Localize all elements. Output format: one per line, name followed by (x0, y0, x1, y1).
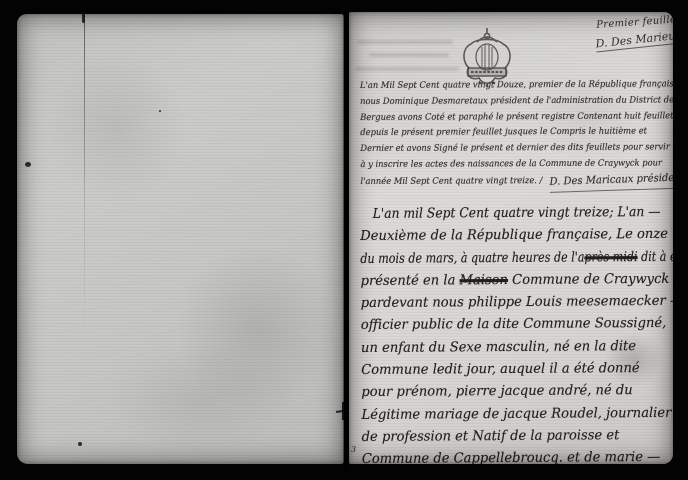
manuscript-line: Dernier et avons Signé le présent et der… (360, 141, 662, 158)
manuscript-line: pour prénom, pierre jacque andré, né du (361, 379, 664, 403)
line-text-pre: du mois de mars, à quatre heures de l'a (360, 249, 584, 267)
president-signature: D. Des Maricaux président (550, 170, 673, 192)
ink-speck (78, 442, 82, 446)
right-manuscript-page: Premier feuillet D. Des Marieux L'an Mil… (349, 12, 673, 464)
ink-speck (25, 162, 31, 167)
stain (177, 244, 337, 414)
manuscript-line-text: L'an mil Sept Cent quatre vingt treize; … (373, 201, 661, 225)
manuscript-line: Légitime mariage de jacque Roudel, journ… (361, 402, 664, 426)
stain (47, 54, 187, 204)
manuscript-line: L'an Mil Sept Cent quatre vingt Douze, p… (360, 77, 662, 94)
show-through-smudge (357, 40, 453, 44)
page-crease (84, 14, 85, 344)
line-text-pre: présenté en la (360, 272, 459, 289)
manuscript-line-text: l'année Mil Sept Cent quatre vingt treiz… (361, 176, 543, 187)
manuscript-line: officier public de la dite Commune Souss… (361, 312, 664, 336)
header-annotation: Premier feuillet D. Des Marieux (594, 14, 673, 51)
annotation-signature: D. Des Marieux (595, 29, 673, 53)
binding-stitch (336, 402, 350, 420)
manuscript-line: pardevant nous philippe Louis meesemaeck… (361, 290, 664, 314)
manuscript-line: Commune de Cappellebroucq. et de marie — (362, 446, 665, 464)
stain (107, 344, 297, 454)
manuscript-line: Bergues avons Coté et paraphé le présent… (360, 109, 662, 126)
manuscript-line: du mois de mars, à quatre heures de l'ap… (360, 245, 663, 269)
manuscript-line: Deuxième de la République française, Le … (360, 223, 663, 247)
line-text-post: dit à été (637, 248, 673, 264)
manuscript-line: Commune ledit jour, auquel il a été donn… (361, 357, 664, 381)
margin-mark: 3 (351, 445, 356, 454)
manuscript-line: l'année Mil Sept Cent quatre vingt treiz… (360, 172, 662, 189)
manuscript-line: présenté en la Maison Commune de Craywyc… (360, 268, 663, 292)
show-through-smudge (355, 67, 459, 71)
manuscript-line: nous Dominique Desmaretaux président de … (360, 93, 662, 110)
manuscript-line: L'an mil Sept Cent quatre vingt treize; … (360, 201, 663, 225)
ink-speck (159, 110, 161, 112)
manuscript-line: de profession et Natif de la paroisse et (362, 424, 665, 448)
manuscript-line: depuis le présent premier feuillet jusqu… (360, 125, 662, 142)
paper-texture (17, 14, 344, 464)
page-edge-shadow (17, 14, 344, 464)
manuscript-line: un enfant du Sexe masculin, né en la dit… (361, 335, 664, 359)
line-text-post: Commune de Craywyck (508, 271, 669, 288)
manuscript-line-segment: du mois de mars, à quatre heures de l'ap… (360, 245, 673, 270)
struck-out-word: Maison (459, 272, 508, 288)
left-blank-page (17, 14, 344, 464)
annotation-line1: Premier feuillet (594, 14, 673, 31)
struck-out-word: près midi (584, 249, 637, 265)
manuscript-line: à y inscrire les actes des naissances de… (360, 156, 662, 173)
scanned-register-page: Premier feuillet D. Des Marieux L'an Mil… (0, 0, 688, 480)
birth-act-paragraph: L'an mil Sept Cent quatre vingt treize; … (360, 201, 665, 464)
show-through-smudge (369, 53, 449, 57)
opening-paragraph: L'an Mil Sept Cent quatre vingt Douze, p… (360, 77, 663, 189)
